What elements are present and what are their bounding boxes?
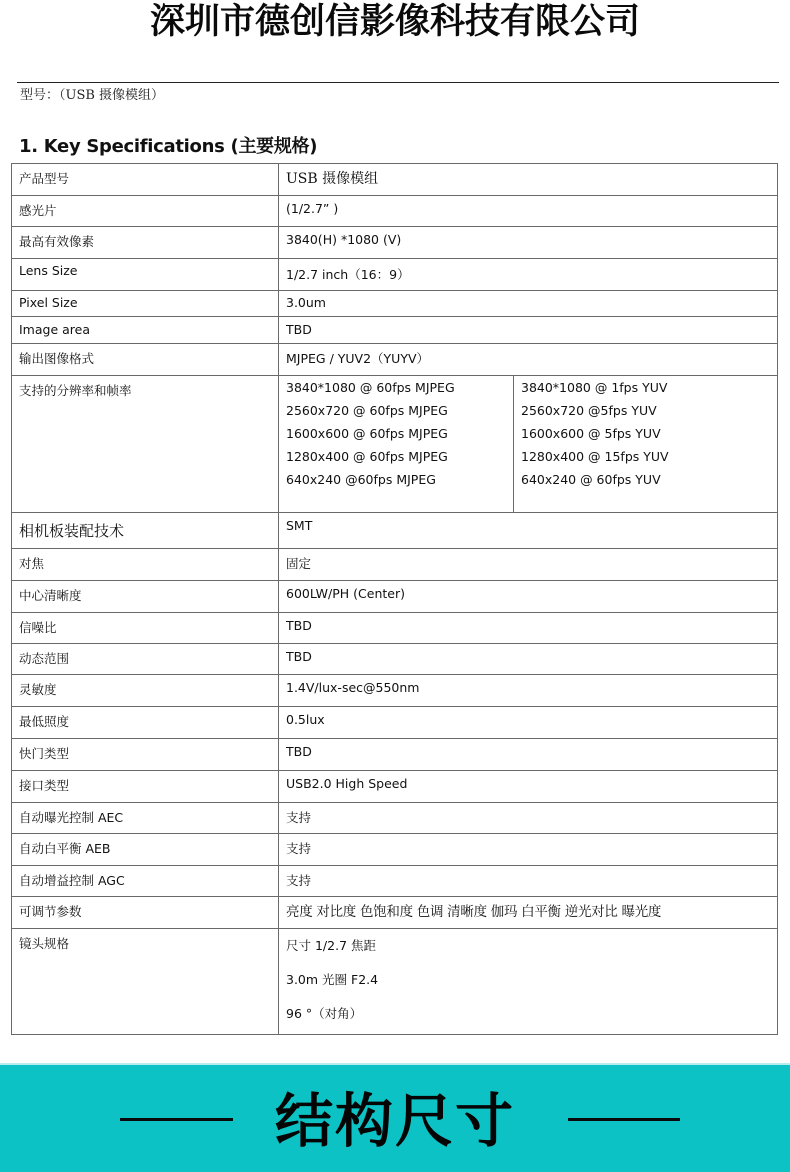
spec-value: TBD [279, 613, 778, 644]
table-row: 输出图像格式 MJPEG / YUV2（YUYV） [12, 344, 778, 376]
spec-value: 支持 [279, 834, 778, 866]
spec-label: 灵敏度 [12, 675, 279, 707]
spec-value: 1.4V/lux-sec@550nm [279, 675, 778, 707]
spec-value: 600LW/PH (Center) [279, 581, 778, 613]
spec-label: 相机板装配技术 [12, 513, 279, 549]
yuv-resolution-list: 3840*1080 @ 1fps YUV 2560x720 @5fps YUV … [514, 376, 778, 513]
table-row: 产品型号 USB 摄像模组 [12, 164, 778, 196]
spec-value: 亮度 对比度 色饱和度 色调 清晰度 伽玛 白平衡 逆光对比 曝光度 [279, 897, 778, 929]
table-row: 自动曝光控制 AEC 支持 [12, 803, 778, 834]
resolution-item: 3840*1080 @ 1fps YUV [521, 376, 770, 399]
table-row: 对焦 固定 [12, 549, 778, 581]
resolution-item: 3840*1080 @ 60fps MJPEG [286, 376, 506, 399]
lens-spec-line: 96 °（对角） [286, 1000, 770, 1034]
spec-value: 支持 [279, 866, 778, 897]
spec-label: 动态范围 [12, 644, 279, 675]
model-line: 型号：（USB 摄像模组） [20, 84, 164, 103]
section-banner: 结构尺寸 [0, 1063, 790, 1172]
spec-label: 最低照度 [12, 707, 279, 739]
spec-value: 3840(H) *1080 (V) [279, 227, 778, 259]
resolution-item: 2560x720 @ 60fps MJPEG [286, 399, 506, 422]
spec-value: 支持 [279, 803, 778, 834]
spec-value: TBD [279, 644, 778, 675]
spec-value: TBD [279, 739, 778, 771]
spec-label: 支持的分辨率和帧率 [12, 376, 279, 513]
header-divider [17, 82, 779, 83]
resolution-item: 1600x600 @ 5fps YUV [521, 422, 770, 445]
spec-value: (1/2.7” ) [279, 196, 778, 227]
spec-value: MJPEG / YUV2（YUYV） [279, 344, 778, 376]
table-row: 信噪比 TBD [12, 613, 778, 644]
spec-label: Image area [12, 317, 279, 344]
table-row: 支持的分辨率和帧率 3840*1080 @ 60fps MJPEG 2560x7… [12, 376, 778, 513]
spec-label: 对焦 [12, 549, 279, 581]
table-row: 镜头规格 尺寸 1/2.7 焦距 3.0m 光圈 F2.4 96 °（对角） [12, 929, 778, 1035]
resolution-item: 1280x400 @ 15fps YUV [521, 445, 770, 468]
table-row: 相机板装配技术 SMT [12, 513, 778, 549]
spec-label: 信噪比 [12, 613, 279, 644]
spec-value: TBD [279, 317, 778, 344]
spec-label: 产品型号 [12, 164, 279, 196]
table-row: Lens Size 1/2.7 inch（16：9） [12, 259, 778, 291]
mjpeg-resolution-list: 3840*1080 @ 60fps MJPEG 2560x720 @ 60fps… [279, 376, 514, 513]
table-row: 接口类型 USB2.0 High Speed [12, 771, 778, 803]
spec-label: Lens Size [12, 259, 279, 291]
table-row: Pixel Size 3.0um [12, 291, 778, 317]
spec-label: 自动曝光控制 AEC [12, 803, 279, 834]
spec-value: SMT [279, 513, 778, 549]
spec-label: 可调节参数 [12, 897, 279, 929]
section-title: 1. Key Specifications (主要规格) [19, 132, 317, 158]
resolution-item: 2560x720 @5fps YUV [521, 399, 770, 422]
table-row: 自动白平衡 AEB 支持 [12, 834, 778, 866]
table-row: 中心清晰度 600LW/PH (Center) [12, 581, 778, 613]
spec-label: 中心清晰度 [12, 581, 279, 613]
spec-label: 感光片 [12, 196, 279, 227]
lens-spec-line: 尺寸 1/2.7 焦距 [286, 932, 770, 966]
spec-label: 自动白平衡 AEB [12, 834, 279, 866]
resolution-item: 640x240 @ 60fps YUV [521, 468, 770, 491]
lens-spec-list: 尺寸 1/2.7 焦距 3.0m 光圈 F2.4 96 °（对角） [279, 929, 778, 1035]
resolution-item: 1280x400 @ 60fps MJPEG [286, 445, 506, 468]
resolution-item: 640x240 @60fps MJPEG [286, 468, 506, 491]
spec-label: 接口类型 [12, 771, 279, 803]
table-row: 灵敏度 1.4V/lux-sec@550nm [12, 675, 778, 707]
table-row: 感光片 (1/2.7” ) [12, 196, 778, 227]
spec-label: Pixel Size [12, 291, 279, 317]
table-row: Image area TBD [12, 317, 778, 344]
table-row: 最低照度 0.5lux [12, 707, 778, 739]
spec-value: USB2.0 High Speed [279, 771, 778, 803]
spec-value: 1/2.7 inch（16：9） [279, 259, 778, 291]
table-row: 快门类型 TBD [12, 739, 778, 771]
table-row: 可调节参数 亮度 对比度 色饱和度 色调 清晰度 伽玛 白平衡 逆光对比 曝光度 [12, 897, 778, 929]
table-row: 最高有效像素 3840(H) *1080 (V) [12, 227, 778, 259]
right-dash-decoration [568, 1118, 680, 1121]
spec-label: 输出图像格式 [12, 344, 279, 376]
company-title: 深圳市德创信影像科技有限公司 [0, 0, 790, 44]
table-row: 自动增益控制 AGC 支持 [12, 866, 778, 897]
spec-table: 产品型号 USB 摄像模组 感光片 (1/2.7” ) 最高有效像素 3840(… [11, 163, 778, 1035]
spec-value: 0.5lux [279, 707, 778, 739]
spec-label: 快门类型 [12, 739, 279, 771]
resolution-item: 1600x600 @ 60fps MJPEG [286, 422, 506, 445]
spec-value: 3.0um [279, 291, 778, 317]
spec-value: USB 摄像模组 [279, 164, 778, 196]
table-row: 动态范围 TBD [12, 644, 778, 675]
spec-label: 自动增益控制 AGC [12, 866, 279, 897]
spec-label: 最高有效像素 [12, 227, 279, 259]
spec-value: 固定 [279, 549, 778, 581]
lens-spec-line: 3.0m 光圈 F2.4 [286, 966, 770, 1000]
spec-label: 镜头规格 [12, 929, 279, 1035]
banner-title: 结构尺寸 [0, 1083, 790, 1159]
